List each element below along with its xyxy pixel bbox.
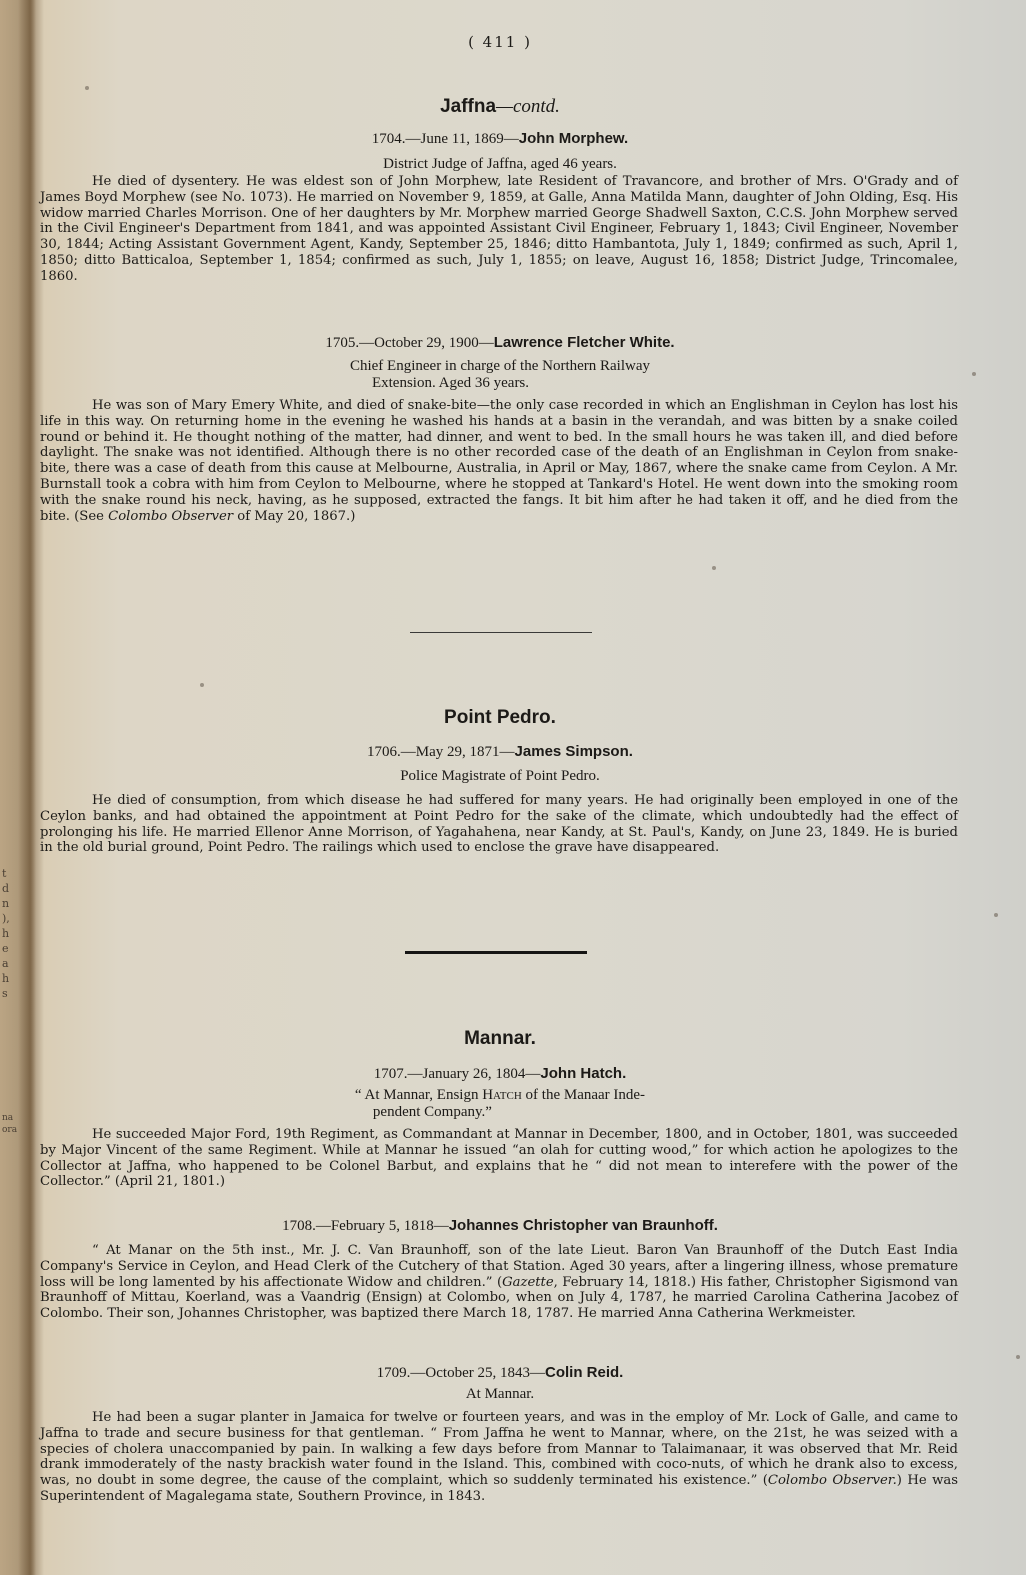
entry-1709-subtitle: At Mannar. <box>40 1386 960 1403</box>
section-title-point-pedro: Point Pedro. <box>40 707 960 729</box>
book-gutter-shadow <box>0 0 44 1575</box>
entry-1708-body: “ At Manar on the 5th inst., Mr. J. C. V… <box>40 1243 958 1322</box>
entry-1707-subtitle: “ At Mannar, Ensign Hatch of the Manaar … <box>40 1087 960 1121</box>
entry-1705-subtitle: Chief Engineer in charge of the Northern… <box>40 358 960 392</box>
entry-1705-body: He was son of Mary Emery White, and died… <box>40 398 958 524</box>
entry-1707-body: He succeeded Major Ford, 19th Regiment, … <box>40 1127 958 1190</box>
paper-speck <box>1016 1355 1020 1359</box>
paper-speck <box>972 372 976 376</box>
section-title-jaffna: Jaffna—contd. <box>40 96 960 118</box>
adjacent-page-fragment: na ora <box>2 1112 17 1136</box>
entry-1708-heading: 1708.—February 5, 1818—Johannes Christop… <box>40 1217 960 1235</box>
entry-1707-heading: 1707.—January 26, 1804—John Hatch. <box>40 1065 960 1083</box>
entry-1704-body: He died of dysentery. He was eldest son … <box>40 174 958 285</box>
entry-1706-body: He died of consumption, from which disea… <box>40 793 958 856</box>
entry-1706-subtitle: Police Magistrate of Point Pedro. <box>40 768 960 785</box>
entry-1704-subtitle: District Judge of Jaffna, aged 46 years. <box>40 156 960 173</box>
page-number: ( 411 ) <box>40 33 960 51</box>
book-page: ( 411 ) Jaffna—contd. 1704.—June 11, 186… <box>40 0 960 1575</box>
paper-speck <box>994 913 998 917</box>
section-divider <box>405 951 587 954</box>
entry-1709-body: He had been a sugar planter in Jamaica f… <box>40 1410 958 1505</box>
entry-1709-heading: 1709.—October 25, 1843—Colin Reid. <box>40 1364 960 1382</box>
adjacent-page-fragment: t d n ), h e a h s <box>2 866 10 1001</box>
section-divider <box>410 632 592 633</box>
entry-1706-heading: 1706.—May 29, 1871—James Simpson. <box>40 743 960 761</box>
entry-1704-heading: 1704.—June 11, 1869—John Morphew. <box>40 130 960 148</box>
entry-1705-heading: 1705.—October 29, 1900—Lawrence Fletcher… <box>40 334 960 352</box>
section-title-mannar: Mannar. <box>40 1028 960 1050</box>
